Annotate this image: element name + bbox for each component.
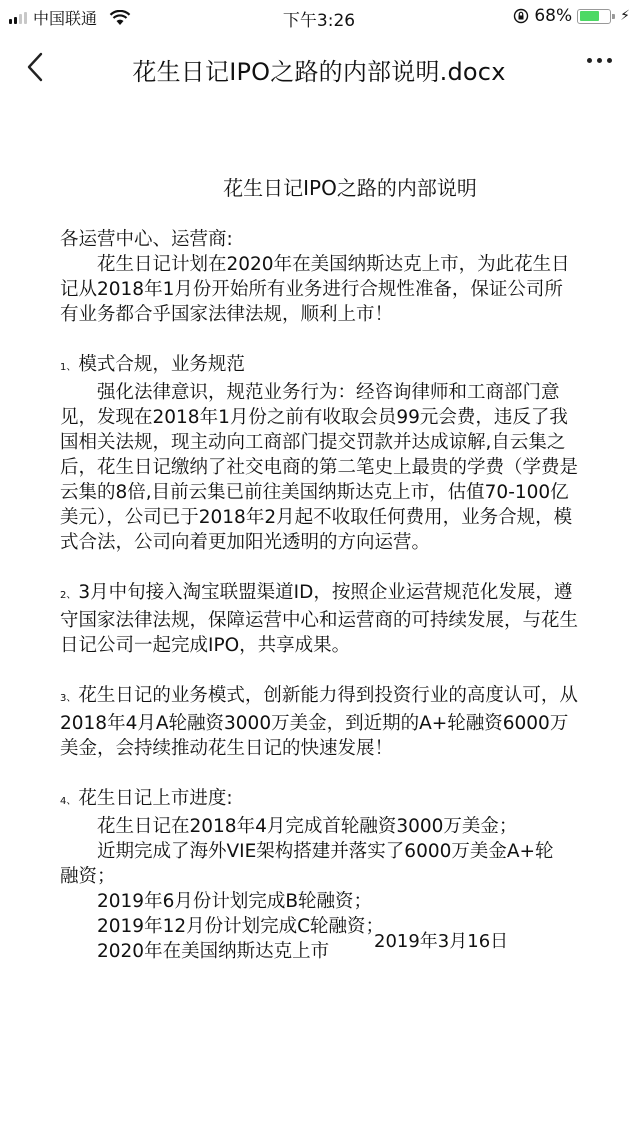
progress-item: 花生日记在2018年4月完成首轮融资3000万美金； — [60, 814, 580, 839]
document-date: 2019年3月16日 — [374, 927, 508, 953]
status-right: 68% ⚡ — [513, 6, 630, 26]
progress-item: 2019年6月份计划完成B轮融资； — [60, 889, 580, 914]
rotation-lock-icon — [513, 8, 529, 24]
dot-icon — [607, 58, 612, 63]
salutation: 各运营中心、运营商: — [60, 227, 580, 252]
more-options-button[interactable] — [587, 58, 612, 63]
document-filename: 花生日记IPO之路的内部说明.docx — [0, 52, 638, 87]
dot-icon — [597, 58, 602, 63]
section-4-heading: 4、花生日记上市进度: — [60, 786, 580, 814]
battery-percent: 68% — [534, 6, 572, 26]
charging-icon: ⚡ — [620, 8, 630, 24]
intro-paragraph: 花生日记计划在2020年在美国纳斯达克上市，为此花生日记从2018年1月份开始所… — [60, 252, 580, 327]
dot-icon — [587, 58, 592, 63]
status-bar: 中国联通 下午3:26 68% ⚡ — [0, 0, 638, 34]
section-2-paragraph: 2、3月中旬接入淘宝联盟渠道ID，按照企业运营规范化发展，遵守国家法律法规，保障… — [60, 580, 580, 658]
progress-item-continued: 融资； — [60, 864, 580, 889]
document-title: 花生日记IPO之路的内部说明 — [60, 176, 580, 201]
battery-icon — [577, 9, 611, 24]
section-1-heading: 1、模式合规，业务规范 — [60, 352, 580, 380]
nav-bar: 花生日记IPO之路的内部说明.docx — [0, 40, 638, 96]
section-1-body: 强化法律意识，规范业务行为：经咨询律师和工商部门意见，发现在2018年1月份之前… — [60, 380, 580, 555]
document-body: 花生日记IPO之路的内部说明 各运营中心、运营商: 花生日记计划在2020年在美… — [60, 176, 580, 964]
progress-item: 近期完成了海外VIE架构搭建并落实了6000万美金A+轮 — [60, 839, 580, 864]
section-3-paragraph: 3、花生日记的业务模式，创新能力得到投资行业的高度认可，从2018年4月A轮融资… — [60, 683, 580, 761]
